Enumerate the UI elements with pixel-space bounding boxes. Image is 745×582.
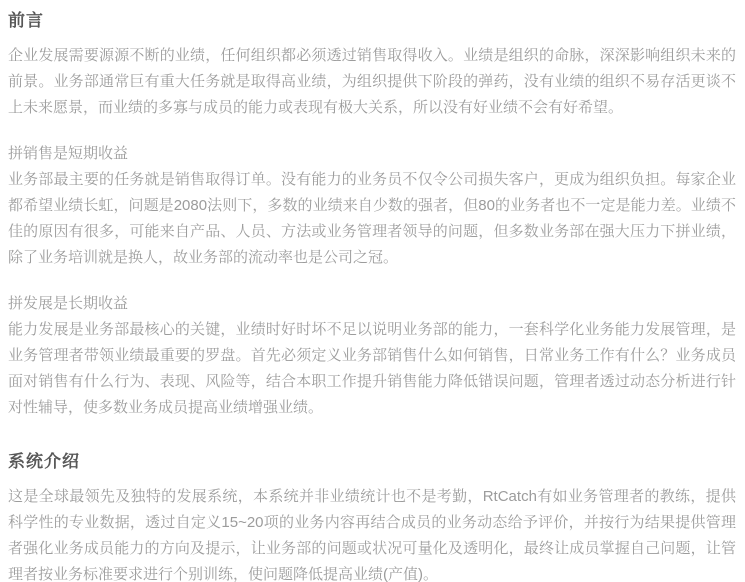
system-intro-heading: 系统介绍 (8, 447, 736, 472)
paragraph-block: 这是全球最领先及独特的发展系统，本系统并非业绩统计也不是考勤，RtCatch有如… (8, 484, 736, 582)
paragraph-text: 企业发展需要源源不断的业绩，任何组织都必须透过销售取得收入。业绩是组织的命脉，深… (8, 43, 736, 121)
section-system-intro: 系统介绍 这是全球最领先及独特的发展系统，本系统并非业绩统计也不是考勤，RtCa… (8, 447, 736, 582)
preface-heading: 前言 (8, 6, 736, 31)
paragraph-lead-long-term: 拼发展是长期收益 (8, 291, 736, 317)
paragraph-text: 能力发展是业务部最核心的关键，业绩时好时坏不足以说明业务部的能力，一套科学化业务… (8, 317, 736, 421)
paragraph-lead-short-term: 拼销售是短期收益 (8, 141, 736, 167)
paragraph-block: 拼销售是短期收益 业务部最主要的任务就是销售取得订单。没有能力的业务员不仅令公司… (8, 141, 736, 271)
paragraph-block: 拼发展是长期收益 能力发展是业务部最核心的关键，业绩时好时坏不足以说明业务部的能… (8, 291, 736, 421)
paragraph-text: 这是全球最领先及独特的发展系统，本系统并非业绩统计也不是考勤，RtCatch有如… (8, 484, 736, 582)
document-page: 前言 企业发展需要源源不断的业绩，任何组织都必须透过销售取得收入。业绩是组织的命… (0, 0, 745, 582)
paragraph-text: 业务部最主要的任务就是销售取得订单。没有能力的业务员不仅令公司损失客户，更成为组… (8, 167, 736, 271)
section-preface: 前言 企业发展需要源源不断的业绩，任何组织都必须透过销售取得收入。业绩是组织的命… (8, 6, 736, 421)
paragraph-block: 企业发展需要源源不断的业绩，任何组织都必须透过销售取得收入。业绩是组织的命脉，深… (8, 43, 736, 121)
